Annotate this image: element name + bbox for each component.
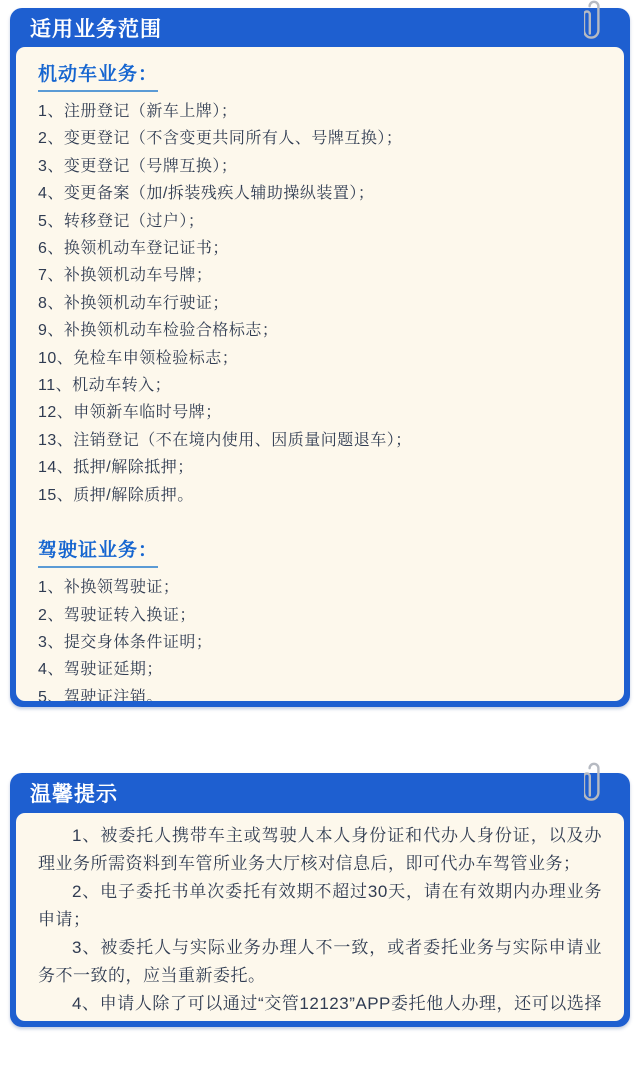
list-item: 1、注册登记（新车上牌）； [38,98,602,125]
list-item: 4、变更备案（加/拆装残疾人辅助操纵装置）； [38,180,602,207]
notice-page: 适用业务范围 机动车业务： 1、注册登记（新车上牌）； 2、变更登记（不含变更共… [0,0,640,1079]
list-item: 7、补换领机动车号牌； [38,262,602,289]
list-item: 4、驾驶证延期； [38,656,602,683]
list-item: 2、变更登记（不含变更共同所有人、号牌互换）； [38,125,602,152]
motor-vehicle-section: 机动车业务： 1、注册登记（新车上牌）； 2、变更登记（不含变更共同所有人、号牌… [38,59,602,509]
paperclip-icon [584,762,604,804]
list-item: 15、质押/解除质押。 [38,482,602,509]
list-item: 13、注销登记（不在境内使用、因质量问题退车）； [38,427,602,454]
list-item: 5、转移登记（过户）； [38,208,602,235]
tips-card-header: 温馨提示 [10,773,630,813]
tip-paragraph: 3、被委托人与实际业务办理人不一致，或者委托业务与实际申请业务不一致的，应当重新… [38,934,602,990]
list-item: 14、抵押/解除抵押； [38,454,602,481]
list-item: 2、驾驶证转入换证； [38,602,602,629]
motor-vehicle-item-list: 1、注册登记（新车上牌）； 2、变更登记（不含变更共同所有人、号牌互换）； 3、… [38,98,602,509]
list-item: 5、驾驶证注销。 [38,684,602,701]
list-item: 12、申领新车临时号牌； [38,399,602,426]
list-item: 9、补换领机动车检验合格标志； [38,317,602,344]
tip-paragraph: 1、被委托人携带车主或驾驶人本人身份证和代办人身份证，以及办理业务所需资料到车管… [38,822,602,878]
tip-paragraph: 2、电子委托书单次委托有效期不超过30天，请在有效期内办理业务申请； [38,878,602,934]
list-item: 6、换领机动车登记证书； [38,235,602,262]
list-item: 3、变更登记（号牌互换）； [38,153,602,180]
scope-card-title: 适用业务范围 [30,13,162,43]
list-item: 11、机动车转入； [38,372,602,399]
tips-card-panel: 1、被委托人携带车主或驾驶人本人身份证和代办人身份证，以及办理业务所需资料到车管… [16,813,624,1021]
paperclip-icon [584,0,604,42]
list-item: 3、提交身体条件证明； [38,629,602,656]
tips-card-title: 温馨提示 [30,778,118,808]
tips-card: 温馨提示 1、被委托人携带车主或驾驶人本人身份证和代办人身份证，以及办理业务所需… [10,773,630,1027]
drivers-license-section-heading: 驾驶证业务： [38,535,158,568]
list-item: 1、补换领驾驶证； [38,574,602,601]
list-item: 8、补换领机动车行驶证； [38,290,602,317]
scope-card-panel: 机动车业务： 1、注册登记（新车上牌）； 2、变更登记（不含变更共同所有人、号牌… [16,47,624,701]
list-item: 10、免检车申领检验标志； [38,345,602,372]
tip-paragraph: 4、申请人除了可以通过“交管12123”APP委托他人办理，还可以选择纸质委托书… [38,990,602,1021]
drivers-license-item-list: 1、补换领驾驶证； 2、驾驶证转入换证； 3、提交身体条件证明； 4、驾驶证延期… [38,574,602,701]
scope-card-header: 适用业务范围 [10,8,630,47]
motor-vehicle-section-heading: 机动车业务： [38,59,158,92]
drivers-license-section: 驾驶证业务： 1、补换领驾驶证； 2、驾驶证转入换证； 3、提交身体条件证明； … [38,509,602,701]
scope-card: 适用业务范围 机动车业务： 1、注册登记（新车上牌）； 2、变更登记（不含变更共… [10,8,630,707]
